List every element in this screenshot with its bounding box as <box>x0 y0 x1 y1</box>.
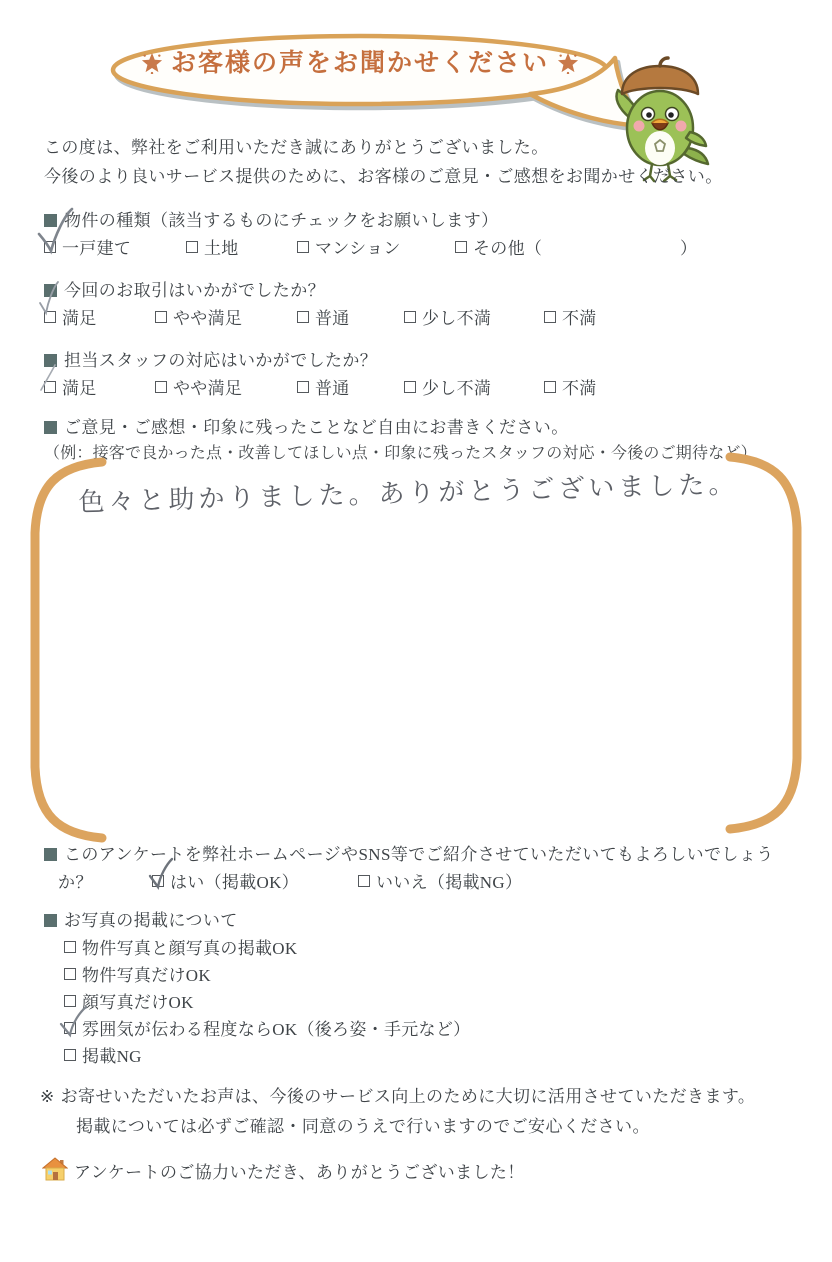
page-title-row: お客様の声をお聞かせください <box>125 43 595 79</box>
section-staff: 担当スタッフの対応はいかがでしたか？ <box>44 346 377 371</box>
checkbox-other[interactable] <box>455 241 467 253</box>
option-staff-somewhat-dissatisfied[interactable]: 少し不満 <box>404 374 491 399</box>
option-label: 不満 <box>562 379 597 398</box>
option-label: 物件写真だけOK <box>82 966 211 985</box>
section-transaction: 今回のお取引はいかがでしたか？ <box>44 276 325 301</box>
option-transaction-somewhat-satisfied[interactable]: やや満足 <box>155 304 242 329</box>
note-line-1: お寄せいただいたお声は、今後のサービス向上のために大切に活用させていただきます。 <box>61 1087 756 1106</box>
note-line-2: 掲載については必ずご確認・同意のうえで行いますのでご安心ください。 <box>76 1112 650 1137</box>
property-type-heading: 物件の種類（該当するものにチェックをお願いします） <box>64 211 499 230</box>
staff-heading: 担当スタッフの対応はいかがでしたか？ <box>64 351 377 370</box>
survey-page: お客様の声をお聞かせください この度は、 <box>0 0 832 1262</box>
option-label: やや満足 <box>173 379 242 398</box>
option-label: 顔写真だけOK <box>82 993 194 1012</box>
checkbox-photo-property-only[interactable] <box>64 968 76 980</box>
checkbox-publish-no[interactable] <box>358 875 370 887</box>
option-label: はい（掲載OK） <box>170 873 299 892</box>
checkbox-transaction-dissatisfied[interactable] <box>544 311 556 323</box>
page-title: お客様の声をお聞かせください <box>171 49 549 77</box>
option-publish-no[interactable]: いいえ（掲載NG） <box>358 868 522 893</box>
checkbox-staff-neutral[interactable] <box>297 381 309 393</box>
option-label: 満足 <box>62 309 97 328</box>
option-land[interactable]: 土地 <box>186 234 239 259</box>
option-label: 少し不満 <box>422 379 491 398</box>
handwritten-comment: 色々と助かりました。ありがとうございました。 <box>78 464 739 519</box>
photo-heading: お写真の掲載について <box>64 911 238 930</box>
option-label: 物件写真と顔写真の掲載OK <box>82 939 297 958</box>
handwritten-check-staff <box>39 364 57 392</box>
checkbox-transaction-somewhat-dissatisfied[interactable] <box>404 311 416 323</box>
option-transaction-neutral[interactable]: 普通 <box>297 304 350 329</box>
checkbox-land[interactable] <box>186 241 198 253</box>
checkbox-photo-property-and-face[interactable] <box>64 941 76 953</box>
option-staff-dissatisfied[interactable]: 不満 <box>544 374 597 399</box>
section-bullet <box>44 848 57 861</box>
option-publish-yes[interactable]: はい（掲載OK） <box>152 868 299 893</box>
option-label: 満足 <box>62 379 97 398</box>
option-mansion[interactable]: マンション <box>297 234 401 259</box>
handwritten-check-transaction <box>38 281 60 315</box>
handwritten-check-photo-atmosphere <box>58 1006 88 1038</box>
option-label: いいえ（掲載NG） <box>376 873 522 892</box>
option-photo-property-and-face[interactable]: 物件写真と顔写真の掲載OK <box>64 934 297 959</box>
option-label: その他（ <box>473 239 542 258</box>
option-photo-property-only[interactable]: 物件写真だけOK <box>64 961 211 986</box>
option-photo-atmosphere-ok[interactable]: 雰囲気が伝わる程度ならOK（後ろ姿・手元など） <box>64 1015 470 1040</box>
option-transaction-dissatisfied[interactable]: 不満 <box>544 304 597 329</box>
section-bullet <box>44 914 57 927</box>
section-property-type: 物件の種類（該当するものにチェックをお願いします） <box>44 206 499 231</box>
note-prefix: ※ <box>40 1087 55 1106</box>
comment-area-right-bracket <box>722 450 812 836</box>
option-label: 雰囲気が伝わる程度ならOK（後ろ姿・手元など） <box>82 1020 470 1039</box>
section-bullet <box>44 421 57 434</box>
handwritten-check-detached-house <box>36 208 74 254</box>
option-label: 少し不満 <box>422 309 491 328</box>
section-comment: ご意見・ご感想・印象に残ったことなど自由にお書きください。 <box>44 413 569 438</box>
comment-write-in-area[interactable]: 色々と助かりました。ありがとうございました。 <box>40 468 730 828</box>
checkbox-photo-ng[interactable] <box>64 1049 76 1061</box>
option-other[interactable]: その他（ <box>455 234 542 259</box>
checkbox-staff-dissatisfied[interactable] <box>544 381 556 393</box>
checkbox-transaction-neutral[interactable] <box>297 311 309 323</box>
option-label: 掲載NG <box>82 1047 142 1066</box>
option-label: 普通 <box>315 309 350 328</box>
sparkle-star-icon <box>557 52 579 74</box>
option-staff-somewhat-satisfied[interactable]: やや満足 <box>155 374 242 399</box>
option-transaction-somewhat-dissatisfied[interactable]: 少し不満 <box>404 304 491 329</box>
house-icon <box>42 1157 68 1181</box>
checkbox-mansion[interactable] <box>297 241 309 253</box>
thanks-message: アンケートのご協力いただき、ありがとうございました！ <box>74 1158 525 1183</box>
option-label: 普通 <box>315 379 350 398</box>
option-label: 土地 <box>204 239 239 258</box>
sparkle-star-icon <box>141 52 163 74</box>
option-label: マンション <box>315 239 401 258</box>
footer-note-line1-row: ※お寄せいただいたお声は、今後のサービス向上のために大切に活用させていただきます… <box>40 1082 755 1107</box>
section-photo: お写真の掲載について <box>44 906 238 931</box>
intro-line-1: この度は、弊社をご利用いただき誠にありがとうございました。 <box>44 133 723 162</box>
checkbox-staff-somewhat-satisfied[interactable] <box>155 381 167 393</box>
transaction-heading: 今回のお取引はいかがでしたか？ <box>64 281 325 300</box>
comment-heading: ご意見・ご感想・印象に残ったことなど自由にお書きください。 <box>64 418 569 437</box>
other-close-paren: ） <box>680 234 697 259</box>
comment-hint: （例：接客で良かった点・改善してほしい点・印象に残ったスタッフの対応・今後のご期… <box>44 440 757 463</box>
checkbox-staff-somewhat-dissatisfied[interactable] <box>404 381 416 393</box>
handwritten-check-publish-yes <box>148 858 174 890</box>
checkbox-transaction-somewhat-satisfied[interactable] <box>155 311 167 323</box>
intro-text: この度は、弊社をご利用いただき誠にありがとうございました。 今後のより良いサービ… <box>44 133 723 191</box>
option-staff-neutral[interactable]: 普通 <box>297 374 350 399</box>
publish-heading-line2: か？ <box>58 868 93 893</box>
option-label: 不満 <box>562 309 597 328</box>
option-label: やや満足 <box>173 309 242 328</box>
option-photo-ng[interactable]: 掲載NG <box>64 1042 142 1067</box>
intro-line-2: 今後のより良いサービス提供のために、お客様のご意見・ご感想をお聞かせください。 <box>44 162 723 191</box>
